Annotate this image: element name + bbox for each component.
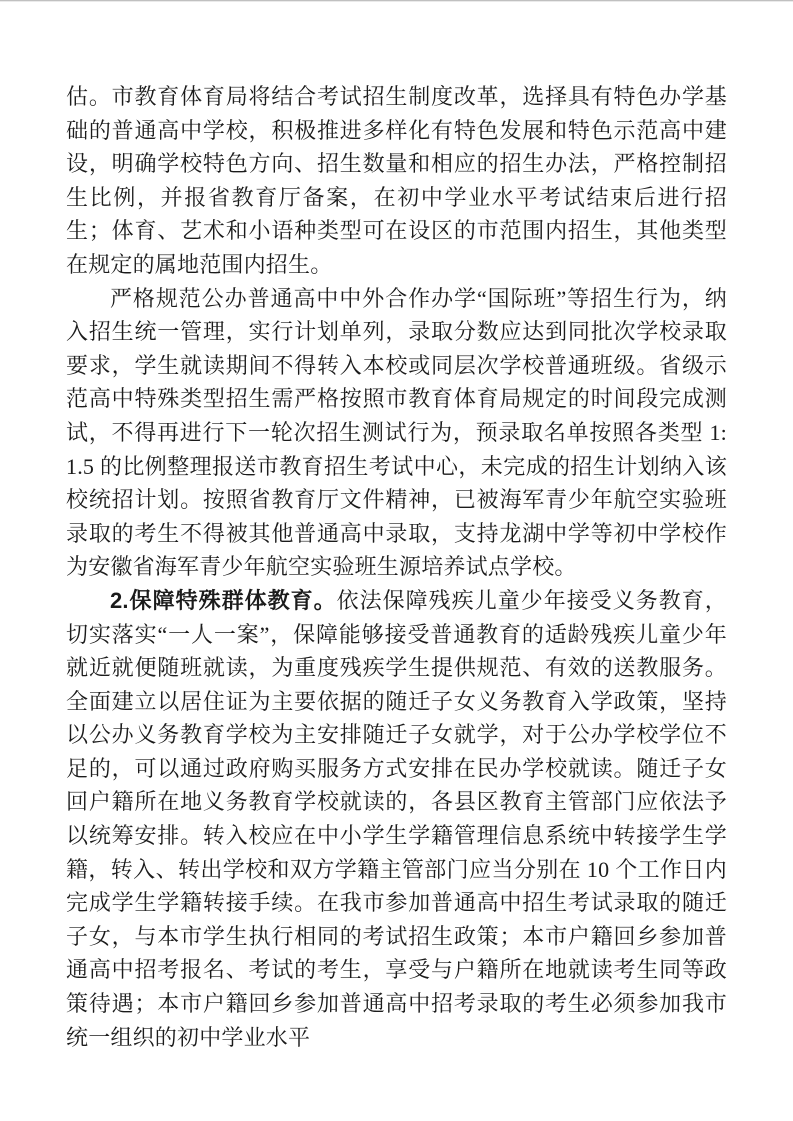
- paragraph-special-groups-body: 依法保障残疾儿童少年接受义务教育，切实落实“一人一案”，保障能够接受普通教育的适…: [66, 588, 727, 1050]
- paragraph-continuation: 估。市教育体育局将结合考试招生制度改革，选择具有特色办学基础的普通高中学校，积极…: [66, 80, 727, 282]
- paragraph-international-class-policy: 严格规范公办普通高中中外合作办学“国际班”等招生行为，纳入招生统一管理，实行计划…: [66, 282, 727, 584]
- document-text-block: 估。市教育体育局将结合考试招生制度改革，选择具有特色办学基础的普通高中学校，积极…: [66, 80, 727, 1054]
- document-page: 估。市教育体育局将结合考试招生制度改革，选择具有特色办学基础的普通高中学校，积极…: [0, 0, 793, 1121]
- paragraph-special-groups-education: 2.保障特殊群体教育。依法保障残疾儿童少年接受义务教育，切实落实“一人一案”，保…: [66, 584, 727, 1054]
- scan-edge-artifact: [0, 0, 793, 2]
- section-heading-special-groups: 2.保障特殊群体教育。: [110, 588, 337, 613]
